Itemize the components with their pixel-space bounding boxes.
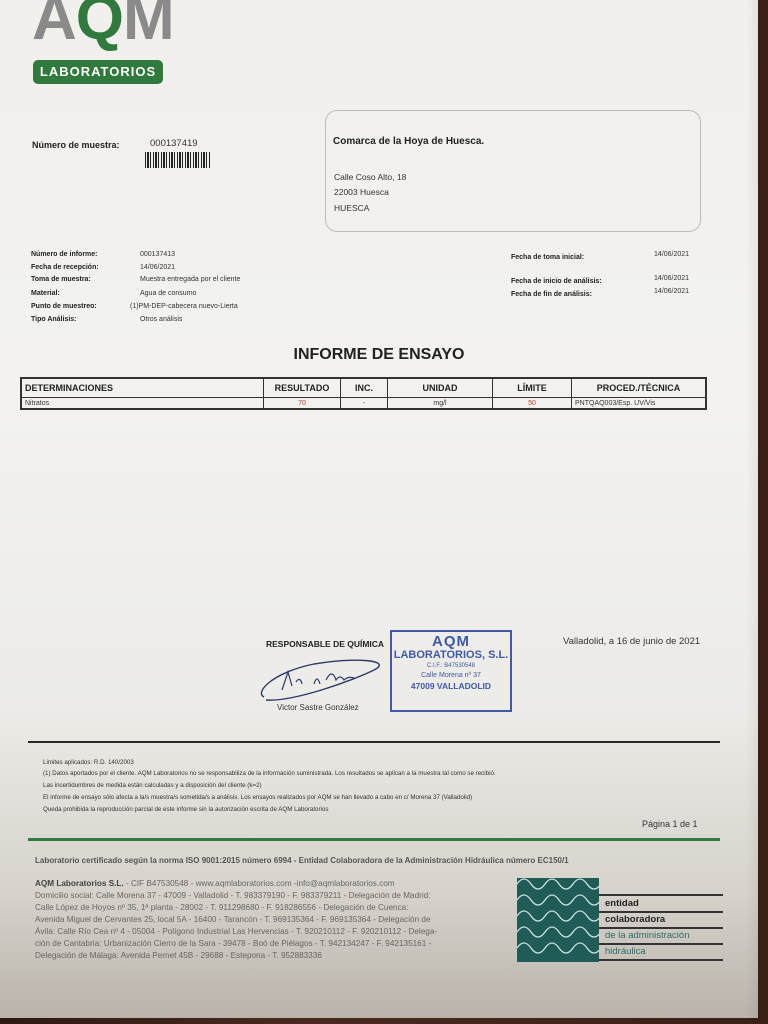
barcode-icon (145, 152, 211, 168)
column-header: LÍMITE (493, 378, 572, 398)
meta-value-wrap: 14/06/2021 (654, 243, 689, 261)
footer-line: Delegación de Málaga: Avenida Pernet 45B… (35, 951, 322, 960)
hydro-logo-text: entidad (605, 898, 639, 909)
initial-sampling-date: 14/06/2021 (654, 251, 689, 258)
meta-label: Fecha de toma inicial: (511, 254, 584, 261)
footer-line: ción de Cantabria: Urbanización Cierro d… (35, 939, 431, 948)
aqm-logo: AQM (32, 0, 174, 50)
sample-number-label: Número de muestra: (32, 140, 120, 150)
table-header-row: DETERMINACIONES RESULTADO INC. UNIDAD LÍ… (21, 378, 706, 398)
recipient-address-box (325, 110, 701, 232)
meta-label: Tipo Análisis: (31, 316, 77, 323)
footnote: El informe de ensayo sólo afecta a la/s … (43, 794, 472, 801)
company-stamp: AQM LABORATORIOS, S.L. C.I.F.: B47530548… (390, 630, 512, 712)
logo-rule (599, 943, 723, 945)
meta-row: Fecha de toma inicial: (511, 246, 584, 264)
stamp-line: C.I.F.: B47530548 (392, 662, 510, 671)
column-header: DETERMINACIONES (21, 378, 264, 398)
place-and-date: Valladolid, a 16 de junio de 2021 (563, 636, 700, 647)
recipient-address-line: Calle Coso Alto, 18 (334, 172, 406, 182)
logo-rule (599, 959, 723, 961)
column-header: UNIDAD (388, 378, 493, 398)
footer-line: Avenida Miguel de Cervantes 25, local 5A… (35, 915, 431, 924)
report-title: INFORME DE ENSAYO (0, 346, 758, 364)
footer-contact: - CIF B47530548 - www.aqmlaboratorios.co… (124, 879, 395, 888)
logo-rule (599, 927, 723, 929)
stamp-line: LABORATORIOS, S.L. (392, 649, 510, 662)
meta-value-wrap: 14/06/2021 (654, 280, 689, 298)
footnote: Las incertidumbres de medida están calcu… (43, 782, 262, 789)
logo-rule (599, 911, 723, 913)
footer-line: Domicilio social: Calle Morena 37 - 4700… (35, 891, 431, 900)
table-row: Nitratos 70 - mg/l 50 PNTQAQ003/Esp. UV/… (21, 398, 706, 410)
uncertainty-cell: - (341, 398, 388, 410)
logo-subtitle-badge: LABORATORIOS (33, 60, 163, 84)
results-table: DETERMINACIONES RESULTADO INC. UNIDAD LÍ… (20, 377, 707, 410)
footnote: (1) Datos aportados por el cliente. AQM … (43, 770, 496, 777)
footnote: Limites aplicados: R.D. 140/2003 (43, 759, 134, 766)
result-cell: 70 (264, 398, 341, 410)
hydro-logo-text: colaboradora (605, 914, 665, 925)
stamp-line: Calle Morena nº 37 (392, 671, 510, 681)
footer-company: AQM Laboratorios S.L. (35, 879, 124, 888)
footer-line: Calle López de Hoyos nº 35, 1ª planta - … (35, 903, 409, 912)
page-edge-shadow (746, 0, 758, 1018)
signatory-name: Victor Sastre González (277, 703, 359, 712)
analysis-end-date: 14/06/2021 (654, 288, 689, 295)
unit-cell: mg/l (388, 398, 493, 410)
stamp-line: AQM (392, 634, 510, 649)
hydro-logo-text: de la administración (605, 930, 690, 941)
footer-line: AQM Laboratorios S.L. - CIF B47530548 - … (35, 879, 395, 888)
meta-value-wrap: Otros análisis (140, 308, 182, 326)
limit-cell: 50 (493, 398, 572, 410)
footnote: Queda prohibida la reproducción parcial … (43, 806, 328, 813)
column-header: PROCED./TÉCNICA (572, 378, 707, 398)
lab-report-page: AQM LABORATORIOS Número de muestra: 0001… (0, 0, 758, 1018)
meta-row: Tipo Análisis: (31, 308, 77, 326)
certification-text: Laboratorio certificado según la norma I… (35, 856, 569, 865)
analysis-type-value: Otros análisis (140, 316, 182, 323)
green-divider (28, 838, 720, 841)
page-number: Página 1 de 1 (642, 819, 698, 829)
sample-number-value: 000137419 (150, 138, 198, 149)
waves-icon (517, 878, 599, 962)
column-header: RESULTADO (264, 378, 341, 398)
determination-cell: Nitratos (21, 398, 264, 410)
footer-line: Ávila: Calle Río Cea nº 4 - 05004 - Polí… (35, 927, 437, 936)
logo-rule (599, 894, 723, 896)
recipient-address-line: HUESCA (334, 203, 369, 213)
stamp-line: 47009 VALLADOLID (392, 681, 510, 692)
signature-icon (254, 652, 394, 707)
divider (28, 741, 720, 743)
recipient-name: Comarca de la Hoya de Huesca. (333, 136, 484, 147)
procedure-cell: PNTQAQ003/Esp. UV/Vis (572, 398, 707, 410)
signatory-role: RESPONSABLE DE QUÍMICA (266, 639, 384, 649)
recipient-address-line: 22003 Huesca (334, 187, 389, 197)
meta-row: Fecha de fin de análisis: (511, 283, 592, 301)
meta-label: Fecha de fin de análisis: (511, 291, 592, 298)
hydro-logo-text: hidráulica (605, 946, 646, 957)
column-header: INC. (341, 378, 388, 398)
